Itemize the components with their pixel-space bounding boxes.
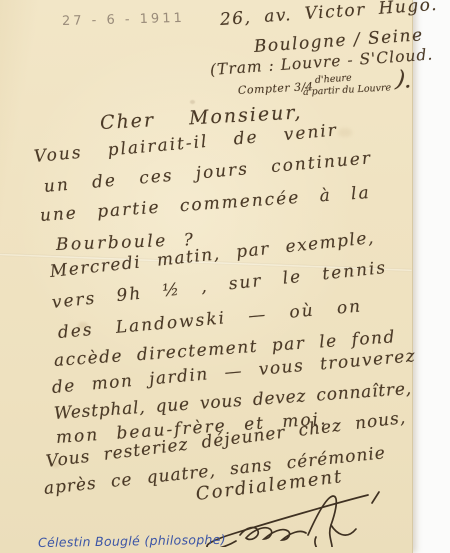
collector-note: Célestin Bouglé (philosophe)	[38, 532, 226, 550]
letter-paper: 27 - 6 - 1911 26, av. Victor Hugo. Boulo…	[0, 0, 413, 553]
ink-spot	[190, 100, 195, 104]
address-closing-paren: ).	[394, 66, 413, 94]
pencil-date: 27 - 6 - 1911	[62, 11, 185, 29]
age-stain	[338, 128, 352, 137]
bougle-signature	[200, 489, 396, 547]
